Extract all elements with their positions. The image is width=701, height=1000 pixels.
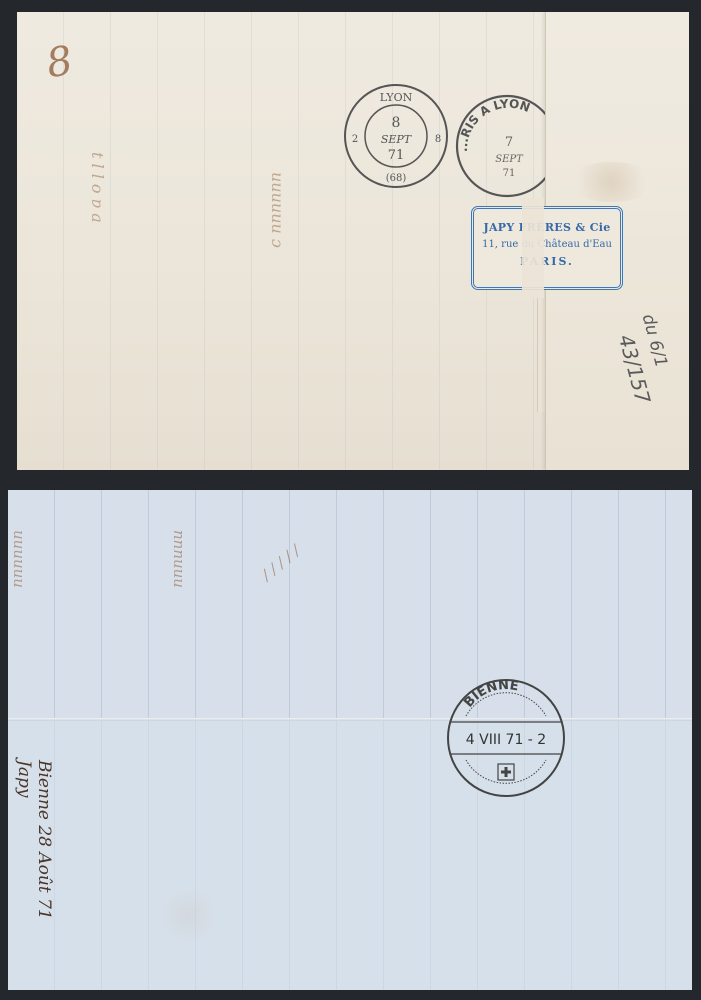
bleed-through-writing: t l l o ɐ a [88, 152, 107, 223]
bleed-through-writing: uuuuuu [10, 530, 28, 588]
svg-text:7: 7 [505, 135, 513, 150]
docket-note-line1: Bienne 28 Août 71 [34, 760, 54, 920]
bienne-postmark: BIENNE 4 VIII 71 - 2 [444, 676, 568, 800]
svg-text:...RIS A LYON: ...RIS A LYON [456, 97, 532, 153]
merchant-city: PARIS. [474, 255, 620, 268]
bleed-through-writing: uuuuuu ɔ [268, 172, 287, 248]
svg-text:71: 71 [503, 168, 516, 179]
merchant-address: 11, rue du Château d'Eau [474, 239, 620, 250]
svg-text:71: 71 [388, 148, 405, 163]
bottom-letter-cover: uuuuuu nnnuuu / / / / / Bienne 28 Août 7… [8, 490, 692, 990]
merchant-name: JAPY FRÈRES & Cie [474, 221, 620, 234]
svg-text:4 VIII 71 - 2: 4 VIII 71 - 2 [466, 732, 546, 748]
age-stain [566, 162, 656, 202]
lyon-postmark: LYON 8 SEPT 71 (68) 2 8 [342, 82, 450, 190]
svg-text:SEPT: SEPT [495, 154, 524, 165]
svg-text:8: 8 [435, 134, 441, 145]
svg-text:2: 2 [352, 134, 358, 145]
bleed-through-writing: nnnuuu [170, 530, 188, 588]
lower-fold-flap [8, 720, 692, 990]
postmark-town: LYON [380, 91, 413, 104]
svg-text:SEPT: SEPT [381, 133, 413, 146]
label-covering-strip [522, 198, 544, 298]
svg-text:BIENNE: BIENNE [461, 678, 519, 711]
docket-note-line2: Japy [14, 760, 34, 797]
svg-text:(68): (68) [386, 173, 407, 184]
merchant-label: JAPY FRÈRES & Cie 11, rue du Château d'E… [471, 206, 623, 290]
svg-text:8: 8 [392, 115, 401, 131]
fold-line [8, 718, 692, 721]
